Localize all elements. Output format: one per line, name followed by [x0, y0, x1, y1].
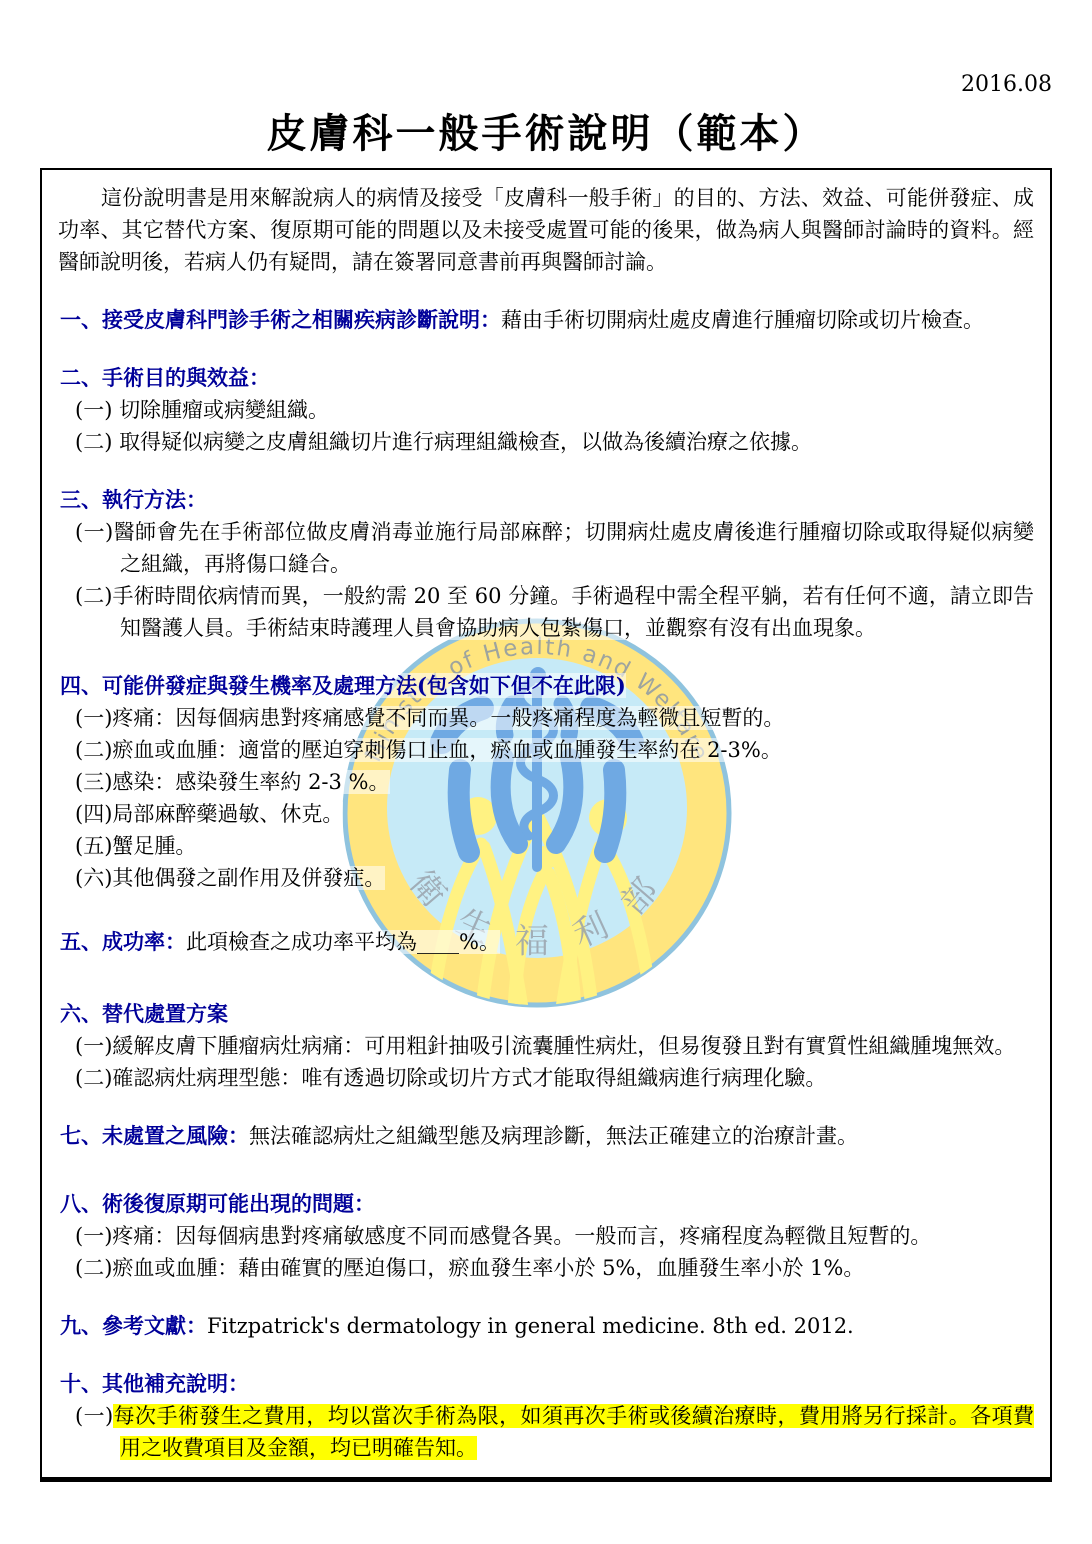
list-item: (四)局部麻醉藥過敏、休克。: [58, 798, 1034, 830]
section-heading-line: 二、手術目的與效益：: [58, 362, 1034, 394]
list-item: (一)疼痛：因每個病患對疼痛感覺不同而異。一般疼痛程度為輕微且短暫的。: [58, 702, 1034, 734]
intro-text: 這份說明書是用來解說病人的病情及接受「皮膚科一般手術」的目的、方法、效益、可能併…: [58, 186, 1034, 274]
section-heading-line: 八、術後復原期可能出現的問題：: [58, 1188, 1034, 1220]
list-item: (五)蟹足腫。: [58, 830, 1034, 862]
item-text: 取得疑似病變之皮膚組織切片進行病理組織檢查，以做為後續治療之依據。: [119, 430, 812, 454]
list-item: (一) 切除腫瘤或病變組織。: [58, 394, 1034, 426]
list-item: (二)確認病灶病理型態：唯有透過切除或切片方式才能取得組織病進行病理化驗。: [58, 1062, 1034, 1094]
section-3: 三、執行方法：(一)醫師會先在手術部位做皮膚消毒並施行局部麻醉；切開病灶處皮膚後…: [58, 484, 1034, 644]
section-7: 七、未處置之風險：無法確認病灶之組織型態及病理診斷，無法正確建立的治療計畫。: [58, 1120, 1034, 1152]
item-marker: (一): [75, 398, 119, 422]
item-marker: (二): [75, 584, 112, 608]
sections: 一、接受皮膚科門診手術之相關疾病診斷說明：藉由手術切開病灶處皮膚進行腫瘤切除或切…: [58, 304, 1034, 1464]
item-text: 確認病灶病理型態：唯有透過切除或切片方式才能取得組織病進行病理化驗。: [112, 1066, 826, 1090]
section-number: 七、: [60, 1120, 102, 1152]
item-marker: (一): [75, 1224, 112, 1248]
section-number: 五、: [60, 926, 102, 958]
document-content: 這份說明書是用來解說病人的病情及接受「皮膚科一般手術」的目的、方法、效益、可能併…: [42, 170, 1050, 1464]
item-text: 每次手術發生之費用，均以當次手術為限，如須再次手術或後續治療時，費用將另行採計。…: [113, 1404, 1034, 1460]
section-heading: 術後復原期可能出現的問題：: [102, 1191, 375, 1216]
item-text: 其他偶發之副作用及併發症。: [112, 866, 385, 890]
item-marker: (三): [75, 770, 112, 794]
section-heading-line: 三、執行方法：: [58, 484, 1034, 516]
list-item: (六)其他偶發之副作用及併發症。: [58, 862, 1034, 894]
section-text: 此項檢查之成功率平均為____%。: [186, 930, 500, 954]
section-10: 十、其他補充說明：(一)每次手術發生之費用，均以當次手術為限，如須再次手術或後續…: [58, 1368, 1034, 1464]
section-text: Fitzpatrick's dermatology in general med…: [207, 1314, 854, 1338]
item-text: 瘀血或血腫：適當的壓迫穿刺傷口止血，瘀血或血腫發生率約在 2-3%。: [112, 738, 781, 762]
list-item: (二)瘀血或血腫：藉由確實的壓迫傷口，瘀血發生率小於 5%，血腫發生率小於 1%…: [58, 1252, 1034, 1284]
item-text: 切除腫瘤或病變組織。: [119, 398, 329, 422]
section-heading: 執行方法：: [102, 487, 207, 512]
item-text: 局部麻醉藥過敏、休克。: [112, 802, 343, 826]
item-marker: (五): [75, 834, 112, 858]
section-text: 無法確認病灶之組織型態及病理診斷，無法正確建立的治療計畫。: [249, 1124, 858, 1148]
section-heading-line: 一、接受皮膚科門診手術之相關疾病診斷說明：藉由手術切開病灶處皮膚進行腫瘤切除或切…: [58, 304, 1034, 336]
list-item: (二)手術時間依病情而異，一般約需 20 至 60 分鐘。手術過程中需全程平躺，…: [58, 580, 1034, 644]
item-marker: (一): [75, 706, 112, 730]
item-marker: (二): [75, 430, 119, 454]
section-number: 九、: [60, 1310, 102, 1342]
section-heading: 其他補充說明：: [102, 1371, 249, 1396]
item-text: 醫師會先在手術部位做皮膚消毒並施行局部麻醉；切開病灶處皮膚後進行腫瘤切除或取得疑…: [113, 520, 1034, 576]
item-text: 感染：感染發生率約 2-3 %。: [112, 770, 389, 794]
section-4: 四、可能併發症與發生機率及處理方法(包含如下但不在此限)(一)疼痛：因每個病患對…: [58, 670, 1034, 894]
section-heading: 成功率：: [102, 929, 186, 954]
section-2: 二、手術目的與效益：(一) 切除腫瘤或病變組織。(二) 取得疑似病變之皮膚組織切…: [58, 362, 1034, 458]
section-heading-line: 六、替代處置方案: [58, 998, 1034, 1030]
item-text: 蟹足腫。: [112, 834, 196, 858]
section-number: 四、: [60, 670, 102, 702]
section-number: 二、: [60, 362, 102, 394]
section-number: 三、: [60, 484, 102, 516]
list-item: (一)疼痛：因每個病患對疼痛敏感度不同而感覺各異。一般而言，疼痛程度為輕微且短暫…: [58, 1220, 1034, 1252]
list-item: (一)每次手術發生之費用，均以當次手術為限，如須再次手術或後續治療時，費用將另行…: [58, 1400, 1034, 1464]
section-heading: 可能併發症與發生機率及處理方法(包含如下但不在此限): [102, 673, 626, 698]
document-date: 2016.08: [961, 72, 1052, 97]
list-item: (三)感染：感染發生率約 2-3 %。: [58, 766, 1034, 798]
section-heading-line: 四、可能併發症與發生機率及處理方法(包含如下但不在此限): [58, 670, 1034, 702]
item-marker: (二): [75, 738, 112, 762]
section-1: 一、接受皮膚科門診手術之相關疾病診斷說明：藉由手術切開病灶處皮膚進行腫瘤切除或切…: [58, 304, 1034, 336]
list-item: (一)緩解皮膚下腫瘤病灶病痛：可用粗針抽吸引流囊腫性病灶，但易復發且對有實質性組…: [58, 1030, 1034, 1062]
item-marker: (二): [75, 1256, 112, 1280]
section-number: 八、: [60, 1188, 102, 1220]
item-marker: (一): [75, 1034, 112, 1058]
list-item: (二)瘀血或血腫：適當的壓迫穿刺傷口止血，瘀血或血腫發生率約在 2-3%。: [58, 734, 1034, 766]
section-heading: 參考文獻：: [102, 1313, 207, 1338]
section-heading: 未處置之風險：: [102, 1123, 249, 1148]
section-heading-line: 十、其他補充說明：: [58, 1368, 1034, 1400]
list-item: (一)醫師會先在手術部位做皮膚消毒並施行局部麻醉；切開病灶處皮膚後進行腫瘤切除或…: [58, 516, 1034, 580]
list-item: (二) 取得疑似病變之皮膚組織切片進行病理組織檢查，以做為後續治療之依據。: [58, 426, 1034, 458]
section-heading-line: 九、參考文獻：Fitzpatrick's dermatology in gene…: [58, 1310, 1034, 1342]
item-marker: (四): [75, 802, 112, 826]
item-text: 緩解皮膚下腫瘤病灶病痛：可用粗針抽吸引流囊腫性病灶，但易復發且對有實質性組織腫塊…: [112, 1034, 1015, 1058]
item-marker: (一): [75, 520, 113, 544]
item-marker: (一): [75, 1404, 113, 1428]
section-heading: 手術目的與效益：: [102, 365, 270, 390]
section-8: 八、術後復原期可能出現的問題：(一)疼痛：因每個病患對疼痛敏感度不同而感覺各異。…: [58, 1188, 1034, 1284]
intro-paragraph: 這份說明書是用來解說病人的病情及接受「皮膚科一般手術」的目的、方法、效益、可能併…: [58, 182, 1034, 278]
document-page: 2016.08 皮膚科一般手術說明（範本）: [0, 0, 1092, 1544]
section-number: 十、: [60, 1368, 102, 1400]
section-number: 一、: [60, 304, 102, 336]
item-text: 瘀血或血腫：藉由確實的壓迫傷口，瘀血發生率小於 5%，血腫發生率小於 1%。: [112, 1256, 864, 1280]
section-heading: 替代處置方案: [102, 1001, 228, 1026]
section-9: 九、參考文獻：Fitzpatrick's dermatology in gene…: [58, 1310, 1034, 1342]
section-number: 六、: [60, 998, 102, 1030]
section-heading-line: 五、成功率：此項檢查之成功率平均為____%。: [58, 926, 1034, 958]
item-marker: (六): [75, 866, 112, 890]
item-marker: (二): [75, 1066, 112, 1090]
section-heading: 接受皮膚科門診手術之相關疾病診斷說明：: [102, 307, 501, 332]
item-text: 疼痛：因每個病患對疼痛感覺不同而異。一般疼痛程度為輕微且短暫的。: [112, 706, 784, 730]
section-heading-line: 七、未處置之風險：無法確認病灶之組織型態及病理診斷，無法正確建立的治療計畫。: [58, 1120, 1034, 1152]
item-text: 疼痛：因每個病患對疼痛敏感度不同而感覺各異。一般而言，疼痛程度為輕微且短暫的。: [112, 1224, 931, 1248]
section-6: 六、替代處置方案(一)緩解皮膚下腫瘤病灶病痛：可用粗針抽吸引流囊腫性病灶，但易復…: [58, 998, 1034, 1094]
document-body-frame: Ministry of Health and Welfare 衛 生 福 利 部…: [40, 168, 1052, 1482]
section-text: 藉由手術切開病灶處皮膚進行腫瘤切除或切片檢查。: [501, 308, 984, 332]
section-5: 五、成功率：此項檢查之成功率平均為____%。: [58, 926, 1034, 958]
item-text: 手術時間依病情而異，一般約需 20 至 60 分鐘。手術過程中需全程平躺，若有任…: [112, 584, 1034, 640]
document-title: 皮膚科一般手術說明（範本）: [0, 102, 1092, 159]
